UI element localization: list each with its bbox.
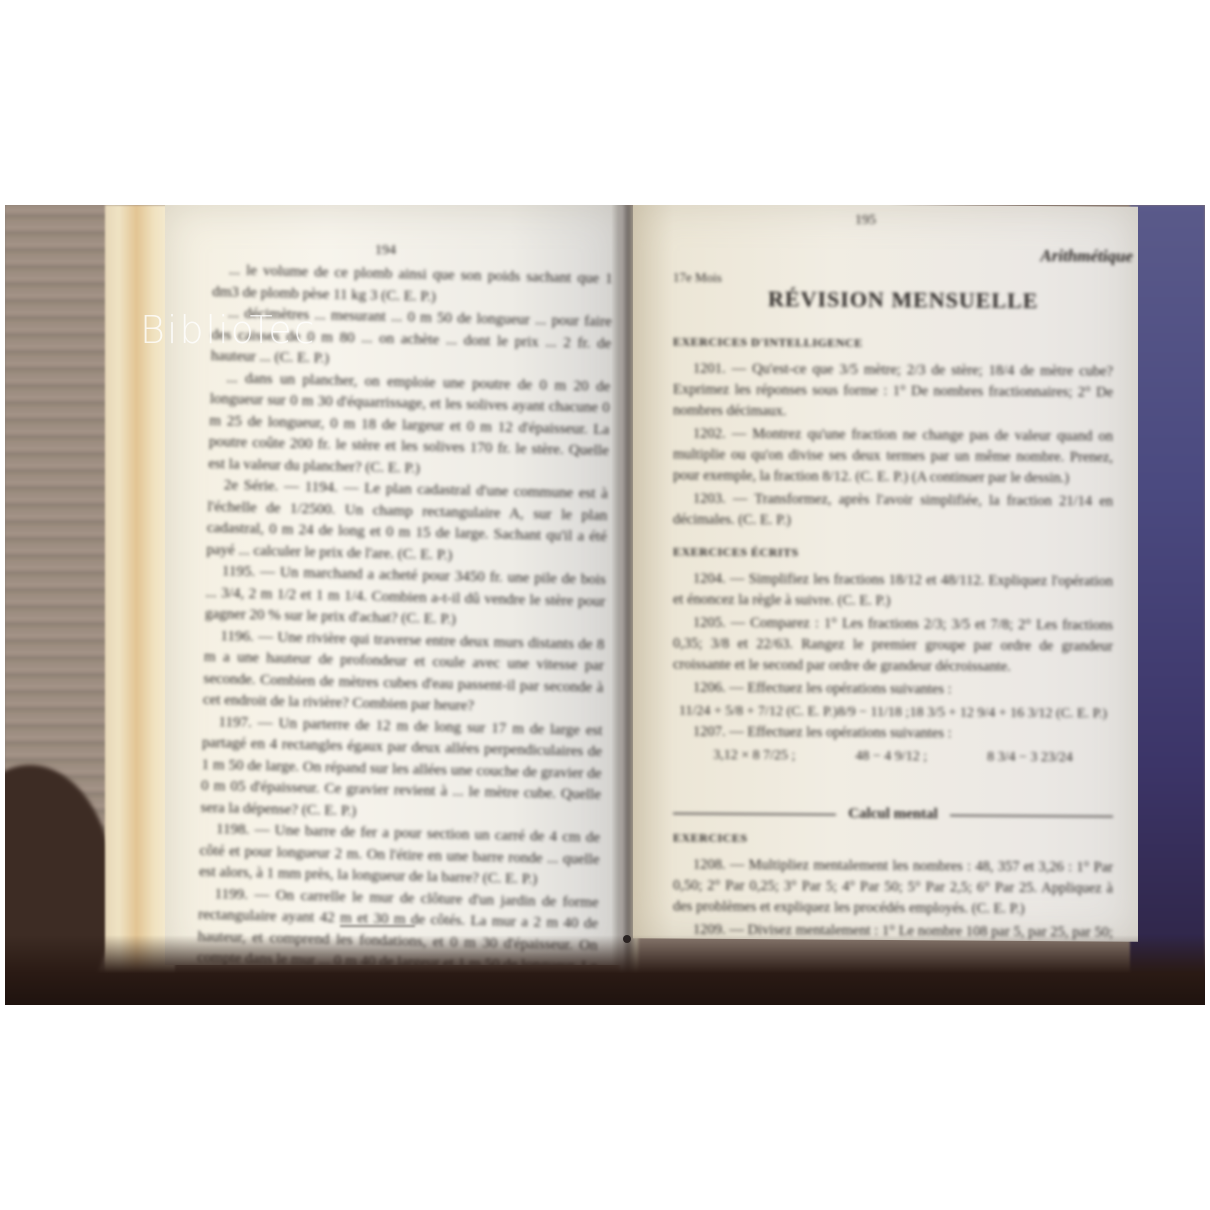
- formula: 8 3/4 − 3 23/24: [987, 747, 1073, 769]
- section-ecrits: EXERCICES ÉCRITS 1204. — Simplifiez les …: [673, 542, 1113, 769]
- formula-row: 3,12 × 8 7/25 ; 48 − 4 9/12 ; 8 3/4 − 3 …: [673, 745, 1113, 769]
- exercise: 1201. — Qu'est-ce que 3/5 mètre; 2/3 de …: [673, 359, 1113, 425]
- table-shadow: [5, 935, 1205, 1005]
- formula: 11/24 + 5/8 + 7/12 (C. E. P.): [679, 701, 837, 723]
- exercise: 1207. — Effectuez les opérations suivant…: [673, 722, 1113, 746]
- exercise: 1203. — Transformez, après l'avoir simpl…: [673, 489, 1113, 534]
- page-title: RÉVISION MENSUELLE: [768, 286, 1038, 314]
- left-page-number: 194: [375, 243, 396, 259]
- paragraph: 1197. — Un parterre de 12 m de long sur …: [200, 711, 602, 828]
- paragraph: 1195. — Un marchand a acheté pour 3450 f…: [205, 561, 606, 635]
- divider-line: [950, 814, 1113, 817]
- paragraph: ... dans un plancher, on emploie une pou…: [208, 367, 610, 484]
- end-rule: [340, 925, 415, 927]
- section-heading: EXERCICES: [673, 828, 1113, 852]
- book-photo: 194 ... le volume de ce plomb ainsi que …: [5, 205, 1205, 1005]
- exercise: 1205. — Comparez : 1° Les fractions 2/3;…: [673, 613, 1113, 679]
- watermark: BiblioTec: [140, 308, 317, 352]
- running-head-right: Arithmétique: [1040, 246, 1133, 267]
- blue-cloth-right: [1130, 205, 1205, 1005]
- formula: 3,12 × 8 7/25 ;: [713, 745, 795, 767]
- section-intelligence: EXERCICES D'INTELLIGENCE 1201. — Qu'est-…: [673, 332, 1113, 536]
- exercise: 1202. — Montrez qu'une fraction ne chang…: [673, 424, 1113, 490]
- formula-row: 11/24 + 5/8 + 7/12 (C. E. P.) 8/9 − 11/1…: [673, 701, 1113, 725]
- right-page: 195 17e Mois Arithmétique RÉVISION MENSU…: [633, 205, 1138, 942]
- right-page-number: 195: [855, 213, 876, 229]
- paragraph: 1196. — Une rivière qui traverse entre d…: [203, 625, 605, 720]
- exercise: 1204. — Simplifiez les fractions 18/12 e…: [673, 569, 1113, 614]
- exercise: 1208. — Multipliez mentalement les nombr…: [673, 855, 1113, 921]
- section-heading: EXERCICES ÉCRITS: [673, 542, 1113, 566]
- section-divider: Calcul mental: [673, 803, 1113, 827]
- divider-line: [673, 812, 836, 815]
- formula: 8/9 − 11/18 ;: [838, 702, 910, 723]
- exercise: 1206. — Effectuez les opérations suivant…: [673, 678, 1113, 702]
- formula: 48 − 4 9/12 ;: [855, 746, 927, 768]
- section-heading: EXERCICES D'INTELLIGENCE: [673, 332, 1113, 356]
- formula: 18 3/5 + 12 9/4 + 16 3/12 (C. E. P.): [910, 702, 1107, 724]
- running-head-left: 17e Mois: [673, 270, 722, 286]
- divider-label: Calcul mental: [848, 804, 938, 826]
- left-page-body: ... le volume de ce plomb ainsi que son …: [194, 260, 613, 965]
- paragraph: 1198. — Une barre de fer a pour section …: [199, 819, 600, 893]
- section-calcul-mental: Calcul mental EXERCICES 1208. — Multipli…: [673, 799, 1113, 942]
- paragraph: 2e Série. — 1194. — Le plan cadastral d'…: [206, 475, 608, 570]
